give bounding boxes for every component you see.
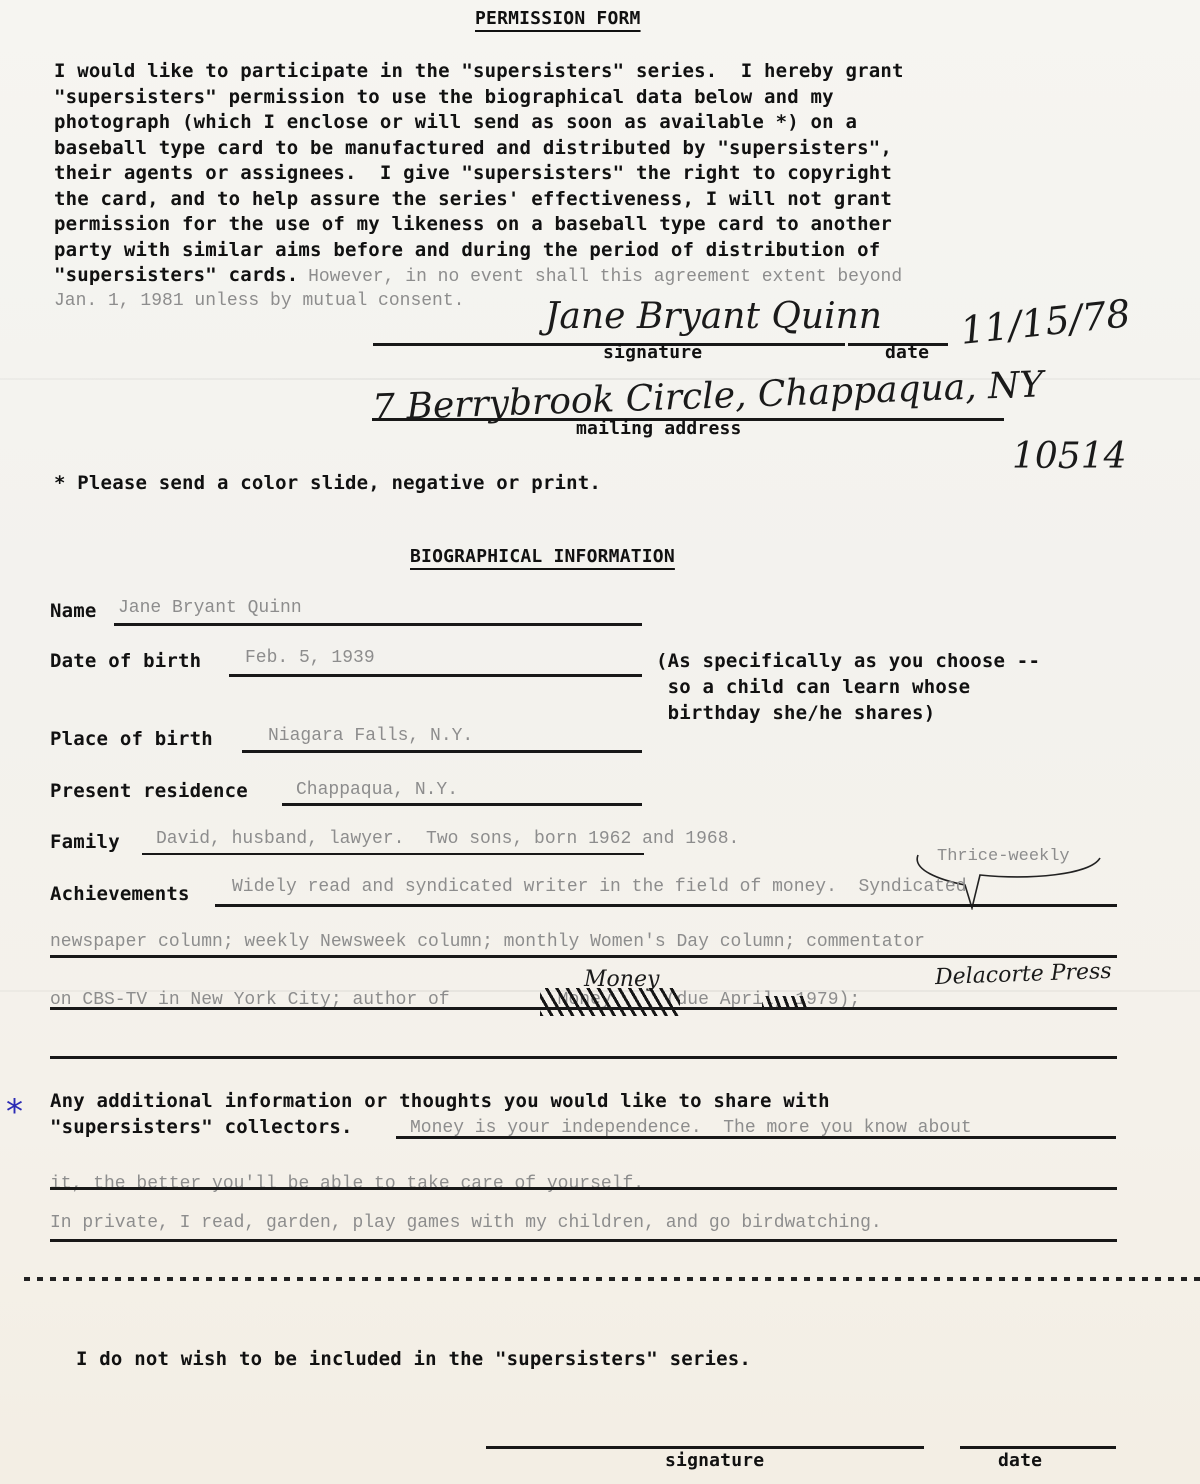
dob-note-line: birthday she/he shares) [656, 702, 1040, 728]
achievements-rule [215, 904, 1117, 907]
additional-line: Money is your independence. The more you… [410, 1118, 972, 1138]
name-value: Jane Bryant Quinn [118, 598, 302, 618]
optout-text: I do not wish to be included in the "sup… [76, 1348, 751, 1370]
additional-line: In private, I read, garden, play games w… [50, 1213, 882, 1233]
insert-publisher: Delacorte Press [935, 959, 1112, 990]
residence-value: Chappaqua, N.Y. [296, 780, 458, 800]
family-label: Family [50, 831, 120, 853]
additional-line: it, the better you'll be able to take ca… [50, 1174, 644, 1194]
dob-note-line: so a child can learn whose [656, 676, 1040, 702]
photo-note: * Please send a color slide, negative or… [54, 472, 601, 494]
intro-line: "supersisters" cards. [54, 264, 298, 286]
residence-line [282, 803, 642, 806]
achievements-rule [50, 955, 1117, 958]
intro-line: photograph (which I enclose or will send… [54, 111, 904, 137]
additional-label: "supersisters" collectors. [50, 1116, 353, 1138]
pob-line [242, 750, 642, 753]
intro-line: permission for the use of my likeness on… [54, 213, 904, 239]
dob-note-line: (As specifically as you choose -- [656, 650, 1040, 676]
additional-rule [50, 1239, 1117, 1242]
address-label: mailing address [576, 418, 742, 439]
achievements-line: newspaper column; weekly Newsweek column… [50, 932, 925, 952]
bio-title: BIOGRAPHICAL INFORMATION [410, 546, 675, 567]
additional-label: Any additional information or thoughts y… [50, 1090, 830, 1112]
intro-paragraph: I would like to participate in the "supe… [54, 60, 904, 311]
intro-line: baseball type card to be manufactured an… [54, 137, 904, 163]
additional-rule [396, 1136, 1116, 1139]
signature-label: signature [603, 342, 702, 363]
optout-signature-label: signature [665, 1450, 764, 1471]
intro-line: party with similar aims before and durin… [54, 239, 904, 265]
pob-label: Place of birth [50, 728, 213, 750]
zip-handwritten: 10514 [1012, 436, 1127, 477]
family-value: David, husband, lawyer. Two sons, born 1… [156, 829, 739, 849]
dob-note: (As specifically as you choose -- so a c… [656, 650, 1040, 728]
asterisk-mark: * [6, 1092, 23, 1132]
date-handwritten: 11/15/78 [958, 291, 1132, 353]
dob-line [229, 674, 642, 677]
additional-rule [50, 1187, 1117, 1190]
optout-date-label: date [998, 1450, 1042, 1471]
cut-line-divider [24, 1277, 1200, 1281]
achievements-line: Widely read and syndicated writer in the… [232, 877, 967, 897]
intro-line: "supersisters" permission to use the bio… [54, 86, 904, 112]
family-line [142, 853, 644, 855]
intro-line: their agents or assignees. I give "super… [54, 162, 904, 188]
scribble-strikeout [540, 988, 680, 1016]
intro-line: the card, and to help assure the series'… [54, 188, 904, 214]
optout-signature-line [486, 1446, 924, 1449]
signature-handwritten: Jane Bryant Quinn [545, 296, 882, 337]
addendum-text: However, in no event shall this agreemen… [308, 267, 902, 287]
dob-label: Date of birth [50, 650, 201, 672]
name-label: Name [50, 600, 97, 622]
name-line [114, 623, 642, 626]
residence-label: Present residence [50, 780, 248, 802]
achievements-label: Achievements [50, 883, 190, 905]
form-title: PERMISSION FORM [475, 8, 641, 29]
date-label: date [885, 342, 929, 363]
optout-date-line [960, 1446, 1116, 1449]
achievements-rule [50, 1056, 1117, 1059]
pob-value: Niagara Falls, N.Y. [268, 726, 473, 746]
achievements-rule [50, 1007, 1117, 1010]
intro-line: I would like to participate in the "supe… [54, 60, 904, 86]
dob-value: Feb. 5, 1939 [245, 648, 375, 668]
